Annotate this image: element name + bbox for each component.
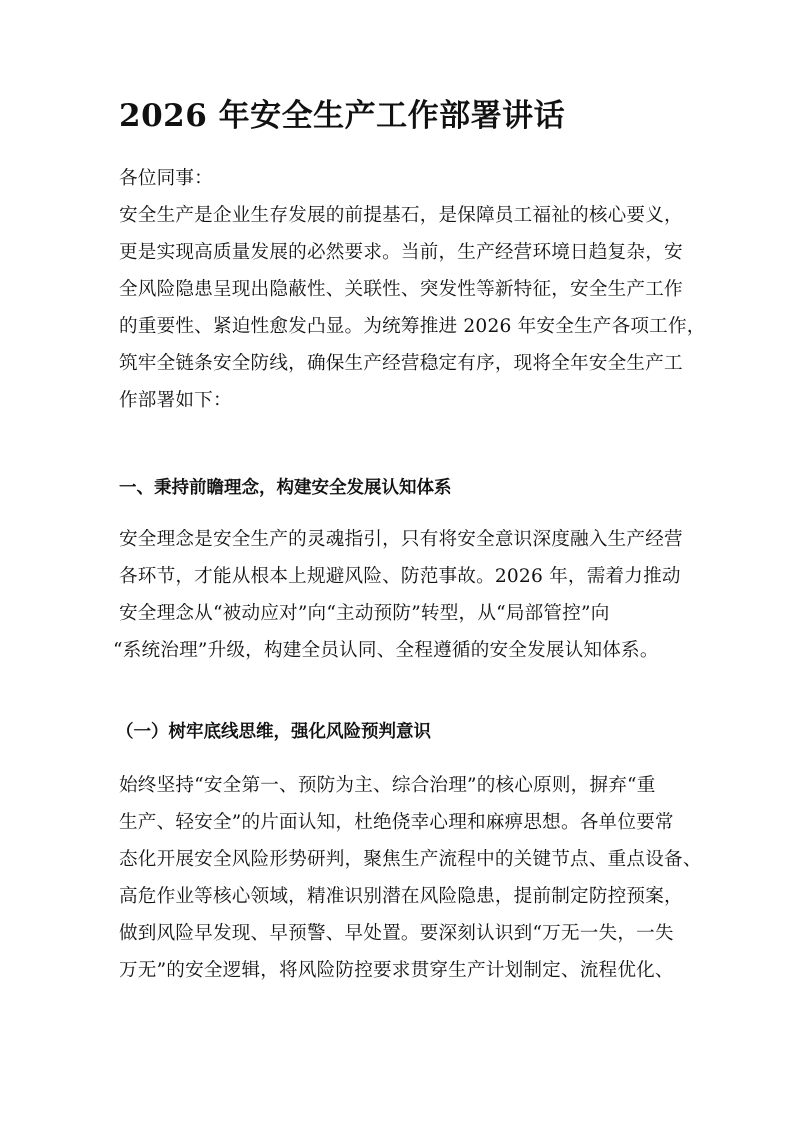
paragraph-line: 筑牢全链条安全防线，确保生产经营稳定有序，现将全年安全生产工 xyxy=(119,352,683,376)
salutation: 各位同事： xyxy=(119,167,213,191)
paragraph-line: 万无”的安全逻辑，将风险防控要求贯穿生产计划制定、流程优化、 xyxy=(119,959,674,983)
paragraph-line: 生产、轻安全”的片面认知，杜绝侥幸心理和麻痹思想。各单位要常 xyxy=(119,811,674,835)
paragraph-line: 的重要性、紧迫性愈发凸显。为统筹推进 2026 年安全生产各项工作， xyxy=(119,315,706,339)
paragraph-line: 安全生产是企业生存发展的前提基石，是保障员工福祉的核心要义， xyxy=(119,204,683,228)
paragraph-line: 做到风险早发现、早预警、早处置。要深刻认识到“万无一失，一失 xyxy=(119,922,674,946)
subsection-heading: （一）树牢底线思维，强化风险预判意识 xyxy=(116,720,431,744)
paragraph-line: 全风险隐患呈现出隐蔽性、关联性、突发性等新特征，安全生产工作 xyxy=(119,278,683,302)
paragraph-line: 作部署如下： xyxy=(119,389,232,413)
paragraph-line: 高危作业等核心领域，精准识别潜在风险隐患，提前制定防控预案， xyxy=(119,885,683,909)
paragraph-line: 态化开展安全风险形势研判，聚焦生产流程中的关键节点、重点设备、 xyxy=(119,848,702,872)
paragraph-line: 安全理念从“被动应对”向“主动预防”转型，从“局部管控”向 xyxy=(119,602,610,626)
paragraph-line: 各环节，才能从根本上规避风险、防范事故。2026 年，需着力推动 xyxy=(119,565,681,589)
document-title: 2026 年安全生产工作部署讲话 xyxy=(119,96,565,136)
paragraph-line: 始终坚持“安全第一、预防为主、综合治理”的核心原则，摒弃“重 xyxy=(119,774,656,798)
section-heading: 一、秉持前瞻理念，构建安全发展认知体系 xyxy=(119,476,452,500)
paragraph-line: “系统治理”升级，构建全员认同、全程遵循的安全发展认知体系。 xyxy=(113,639,659,663)
paragraph-line: 安全理念是安全生产的灵魂指引，只有将安全意识深度融入生产经营 xyxy=(119,528,683,552)
paragraph-line: 更是实现高质量发展的必然要求。当前，生产经营环境日趋复杂，安 xyxy=(119,241,683,265)
